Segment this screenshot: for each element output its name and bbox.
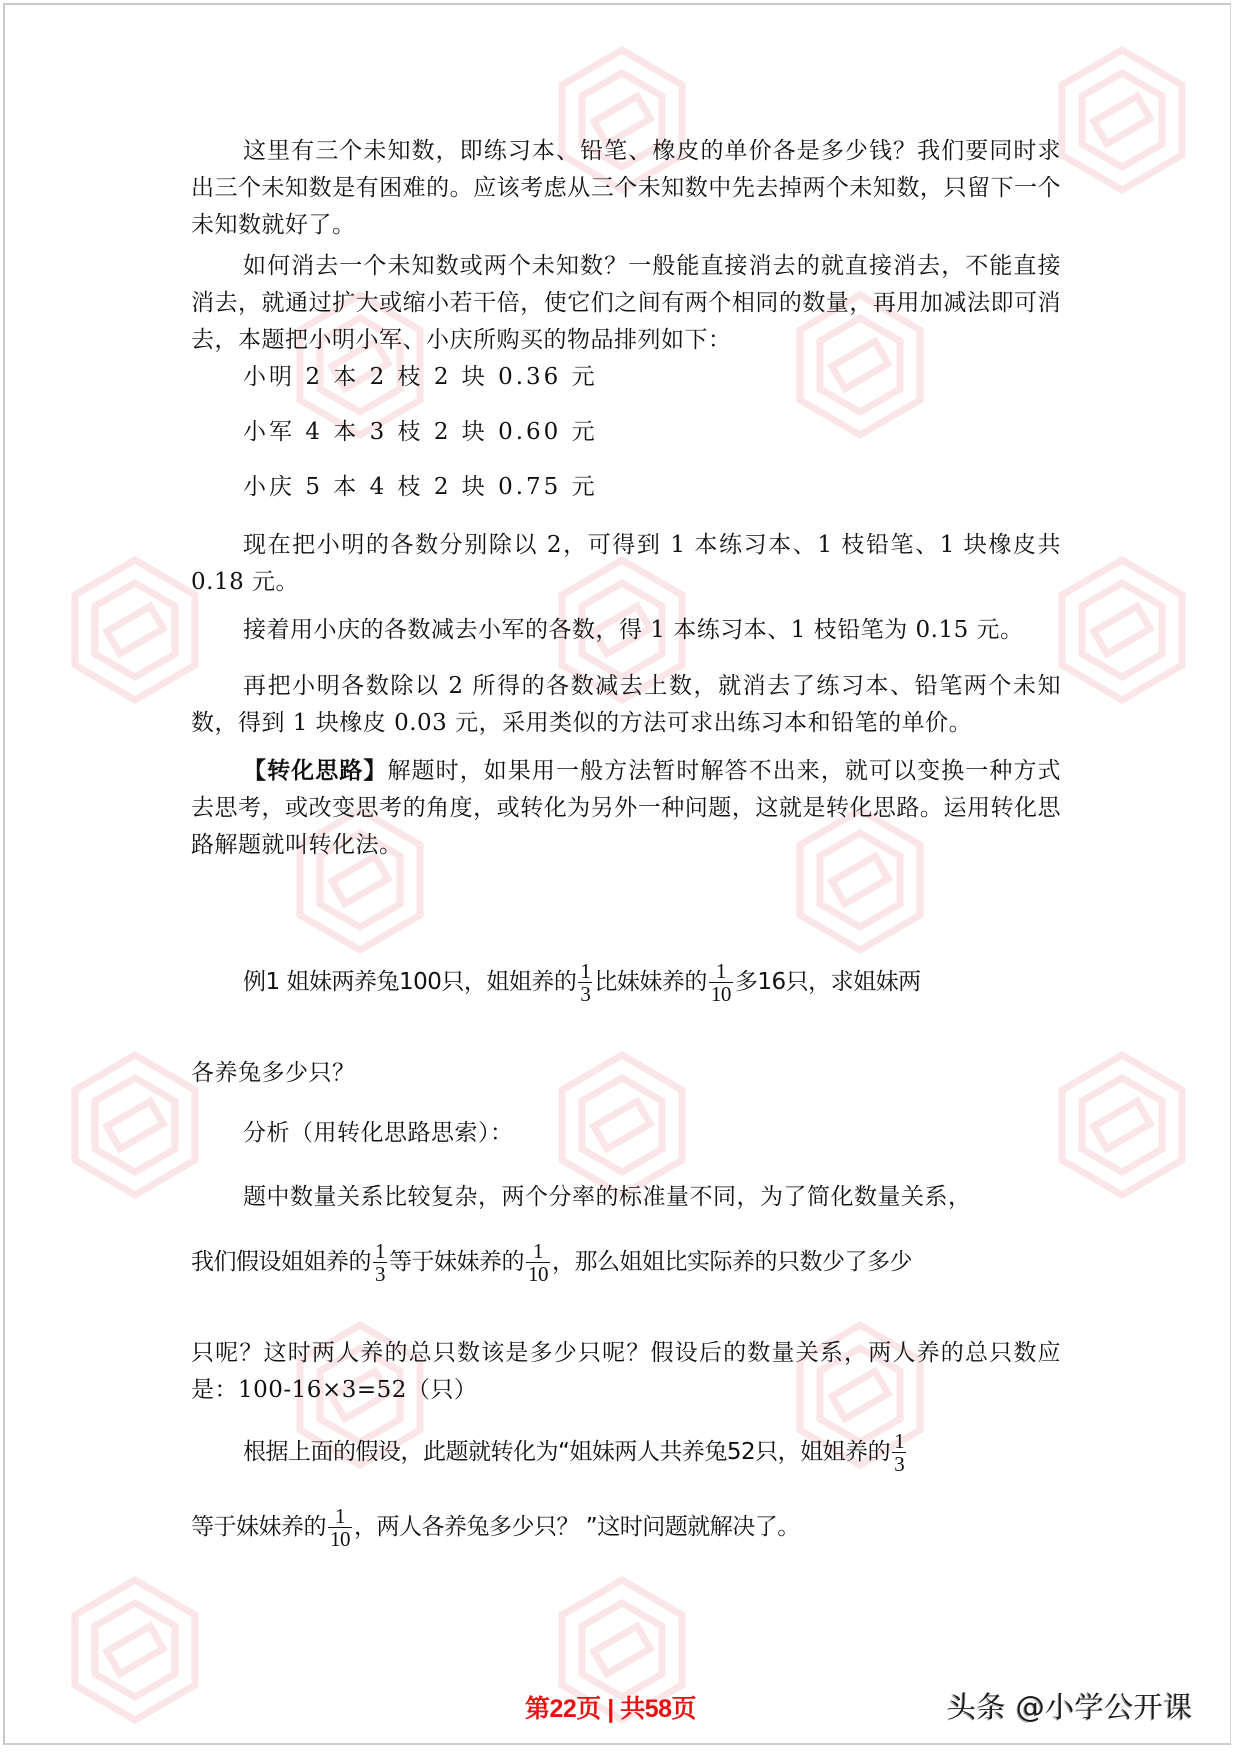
- paragraph-analysis-label: 分析（用转化思路思索）：: [191, 1115, 1061, 1152]
- denominator: 3: [373, 1263, 387, 1285]
- denominator: 3: [578, 983, 592, 1005]
- total-price: 0.75 元: [498, 474, 598, 500]
- numerator: 1: [373, 1240, 387, 1263]
- assumption-line: 我们假设姐姐养的13等于妹妹养的110，那么姐姐比实际养的只数少了多少: [191, 1240, 912, 1285]
- pencils-count: 4 枝: [370, 474, 424, 500]
- fraction-one-third: 13: [892, 1430, 906, 1475]
- buyer-name: 小庆: [243, 474, 295, 500]
- example-text: 例1 姐妹两养兔100只，姐姐养的: [243, 969, 576, 995]
- numerator: 1: [709, 960, 733, 983]
- example-1-line: 例1 姐妹两养兔100只，姐姐养的13比妹妹养的110多16只，求姐妹两: [243, 960, 921, 1005]
- watermark-hexagon-icon: [1057, 555, 1187, 705]
- paragraph-elimination: 如何消去一个未知数或两个未知数？一般能直接消去的就直接消去，不能直接消去，就通过…: [191, 248, 1061, 359]
- source-watermark: 头条 @小学公开课: [947, 1685, 1193, 1726]
- numerator: 1: [892, 1430, 906, 1453]
- denominator: 3: [892, 1453, 906, 1475]
- total-price: 0.60 元: [498, 419, 598, 445]
- denominator: 10: [328, 1528, 352, 1550]
- books-count: 2 本: [305, 364, 359, 390]
- total-price: 0.36 元: [498, 364, 598, 390]
- numerator: 1: [328, 1505, 352, 1528]
- buyer-name: 小军: [243, 419, 295, 445]
- conclusion-line-2: 等于妹妹养的110，两人各养兔多少只？ ”这时问题就解决了。: [191, 1505, 800, 1550]
- denominator: 10: [526, 1263, 550, 1285]
- paragraph-divide: 现在把小明的各数分别除以 2，可得到 1 本练习本、1 枝铅笔、1 块橡皮共 0…: [191, 527, 1061, 601]
- fraction-one-third: 13: [578, 960, 592, 1005]
- erasers-count: 2 块: [434, 419, 488, 445]
- document-page: 这里有三个未知数，即练习本、铅笔、橡皮的单价各是多少钱？我们要同时求出三个未知数…: [3, 3, 1231, 1745]
- conclusion-text: 根据上面的假设，此题就转化为“姐妹两人共养兔52只，姐姐养的: [243, 1439, 890, 1465]
- fraction-one-third: 13: [373, 1240, 387, 1285]
- conclusion-text: ，两人各养兔多少只？ ”这时问题就解决了。: [354, 1514, 800, 1540]
- example-1-continuation: 各养兔多少只？: [191, 1055, 1061, 1092]
- paragraph-subtract: 接着用小庆的各数减去小军的各数，得 1 本练习本、1 枝铅笔为 0.15 元。: [191, 612, 1061, 649]
- paragraph-transform-idea: 【转化思路】解题时，如果用一般方法暂时解答不出来，就可以变换一种方式去思考，或改…: [191, 753, 1061, 864]
- assumption-text: ，那么姐姐比实际养的只数少了多少: [552, 1249, 912, 1275]
- conclusion-text: 等于妹妹养的: [191, 1514, 326, 1540]
- paragraph-analysis: 题中数量关系比较复杂，两个分率的标准量不同，为了简化数量关系，: [191, 1179, 1061, 1216]
- erasers-count: 2 块: [434, 364, 488, 390]
- watermark-hexagon-icon: [1057, 45, 1187, 195]
- example-text: 比妹妹养的: [594, 969, 707, 995]
- paragraph-eraser: 再把小明各数除以 2 所得的各数减去上数，就消去了练习本、铅笔两个未知数，得到 …: [191, 668, 1061, 742]
- fraction-one-tenth: 110: [709, 960, 733, 1005]
- numerator: 1: [578, 960, 592, 983]
- books-count: 5 本: [305, 474, 359, 500]
- watermark-hexagon-icon: [70, 1050, 200, 1200]
- denominator: 10: [709, 983, 733, 1005]
- watermark-hexagon-icon: [70, 555, 200, 705]
- fraction-one-tenth: 110: [526, 1240, 550, 1285]
- purchase-row-xiaoming: 小明 2 本 2 枝 2 块 0.36 元: [243, 362, 598, 392]
- assumption-text: 我们假设姐姐养的: [191, 1249, 371, 1275]
- buyer-name: 小明: [243, 364, 295, 390]
- conclusion-line-1: 根据上面的假设，此题就转化为“姐妹两人共养兔52只，姐姐养的13: [243, 1430, 908, 1475]
- watermark-hexagon-icon: [1057, 1050, 1187, 1200]
- watermark-hexagon-icon: [70, 1575, 200, 1725]
- fraction-one-tenth: 110: [328, 1505, 352, 1550]
- section-label: 【转化思路】: [243, 758, 387, 784]
- assumption-text: 等于妹妹养的: [389, 1249, 524, 1275]
- example-text: 多16只，求姐妹两: [735, 969, 921, 995]
- numerator: 1: [526, 1240, 550, 1263]
- pencils-count: 2 枝: [370, 364, 424, 390]
- purchase-row-xiaojun: 小军 4 本 3 枝 2 块 0.60 元: [243, 417, 598, 447]
- paragraph-total: 只呢？这时两人养的总只数该是多少只呢？假设后的数量关系，两人养的总只数应是：10…: [191, 1335, 1061, 1409]
- pencils-count: 3 枝: [370, 419, 424, 445]
- erasers-count: 2 块: [434, 474, 488, 500]
- books-count: 4 本: [305, 419, 359, 445]
- page-indicator: 第22页 | 共58页: [525, 1689, 696, 1725]
- paragraph-unknowns: 这里有三个未知数，即练习本、铅笔、橡皮的单价各是多少钱？我们要同时求出三个未知数…: [191, 133, 1061, 244]
- purchase-row-xiaoqing: 小庆 5 本 4 枝 2 块 0.75 元: [243, 472, 598, 502]
